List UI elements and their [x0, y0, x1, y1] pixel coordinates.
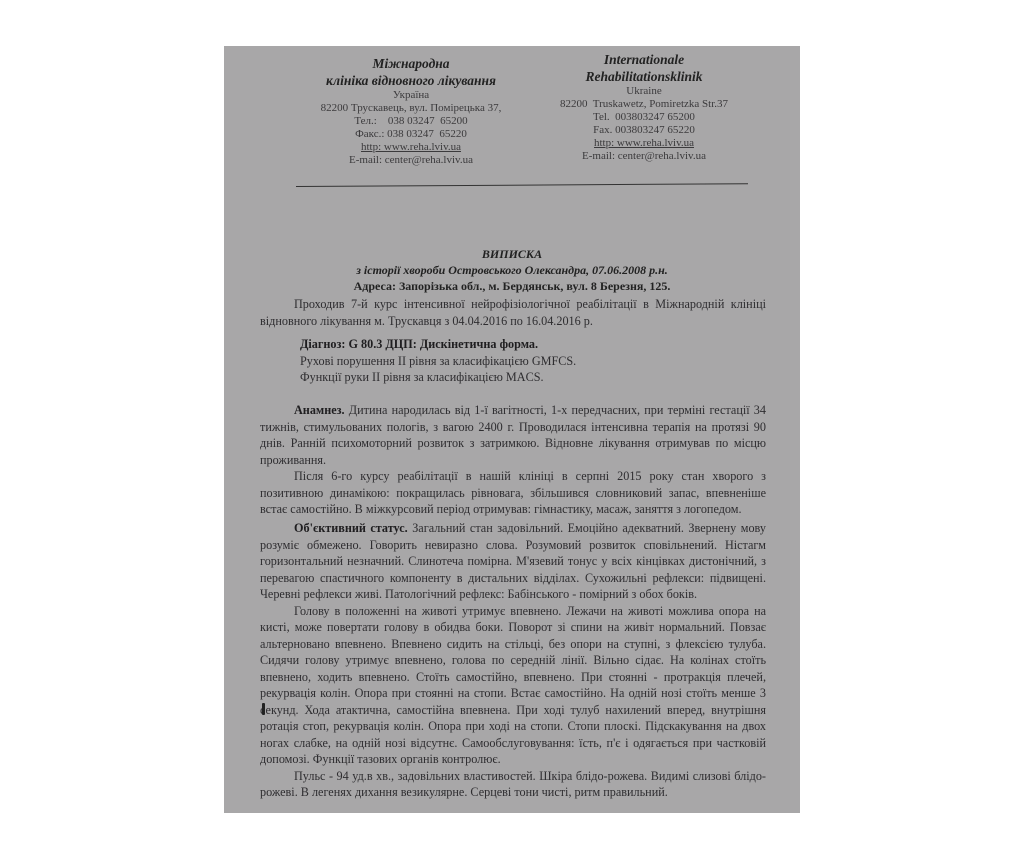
- intro-text: Проходив 7-й курс інтенсивної нейрофізіо…: [260, 296, 766, 329]
- address: 82200 Truskawetz, Pomiretzka Str.37: [524, 98, 764, 111]
- fax: Факс.: 038 03247 65220: [296, 128, 526, 141]
- org-name-line1: Internationale: [524, 51, 764, 68]
- document-title-block: ВИПИСКА з історії хвороби Островського О…: [224, 246, 800, 294]
- website-link: http: www.reha.lviv.ua: [296, 141, 526, 154]
- org-name-line2: клініка відновного лікування: [296, 72, 526, 89]
- email: E-mail: center@reha.lviv.ua: [296, 154, 526, 167]
- country: Україна: [296, 89, 526, 102]
- letterhead-german: Internationale Rehabilitationsklinik Ukr…: [524, 51, 764, 163]
- anamnesis-paragraph: Анамнез. Дитина народилась від 1-ї вагіт…: [260, 402, 766, 468]
- org-name-line2: Rehabilitationsklinik: [524, 68, 764, 85]
- email: E-mail: center@reha.lviv.ua: [524, 150, 764, 163]
- address: 82200 Трускавець, вул. Помірецька 37,: [296, 102, 526, 115]
- margin-pen-mark: [262, 703, 265, 715]
- motor-function-paragraph: Голову в положенні на животі утримує впе…: [260, 603, 766, 768]
- intro-paragraph: Проходив 7-й курс інтенсивної нейрофізіо…: [260, 296, 766, 329]
- patient-subtitle: з історії хвороби Островського Олександр…: [224, 262, 800, 278]
- document-heading: ВИПИСКА: [224, 246, 800, 262]
- country: Ukraine: [524, 85, 764, 98]
- diagnosis-gmfcs: Рухові порушення II рівня за класифікаці…: [260, 353, 766, 370]
- scanned-document-page: Міжнародна клініка відновного лікування …: [224, 46, 800, 813]
- objective-status-label: Об'єктивний статус.: [294, 521, 408, 535]
- phone: Тел.: 038 03247 65200: [296, 115, 526, 128]
- org-name-line1: Міжнародна: [296, 55, 526, 72]
- header-divider: [296, 183, 748, 187]
- anamnesis-followup: Після 6-го курсу реабілітації в нашій кл…: [260, 468, 766, 518]
- anamnesis-label: Анамнез.: [294, 403, 345, 417]
- anamnesis-block: Анамнез. Дитина народилась від 1-ї вагіт…: [260, 402, 766, 518]
- letterhead-ukrainian: Міжнародна клініка відновного лікування …: [296, 55, 526, 167]
- diagnosis-label: Діагноз: G 80.3 ДЦП: Дискінетична форма.: [260, 336, 766, 353]
- vitals-paragraph: Пульс - 94 уд.в хв., задовільних властив…: [260, 768, 766, 801]
- website-link: http: www.reha.lviv.ua: [524, 137, 764, 150]
- patient-address: Адреса: Запорізька обл., м. Бердянськ, в…: [224, 278, 800, 294]
- diagnosis-macs: Функції руки II рівня за класифікацією M…: [260, 369, 766, 386]
- objective-status-paragraph: Об'єктивний статус. Загальний стан задов…: [260, 520, 766, 603]
- diagnosis-block: Діагноз: G 80.3 ДЦП: Дискінетична форма.…: [260, 336, 766, 386]
- phone: Tel. 003803247 65200: [524, 111, 764, 124]
- fax: Fax. 003803247 65220: [524, 124, 764, 137]
- objective-status-block: Об'єктивний статус. Загальний стан задов…: [260, 520, 766, 801]
